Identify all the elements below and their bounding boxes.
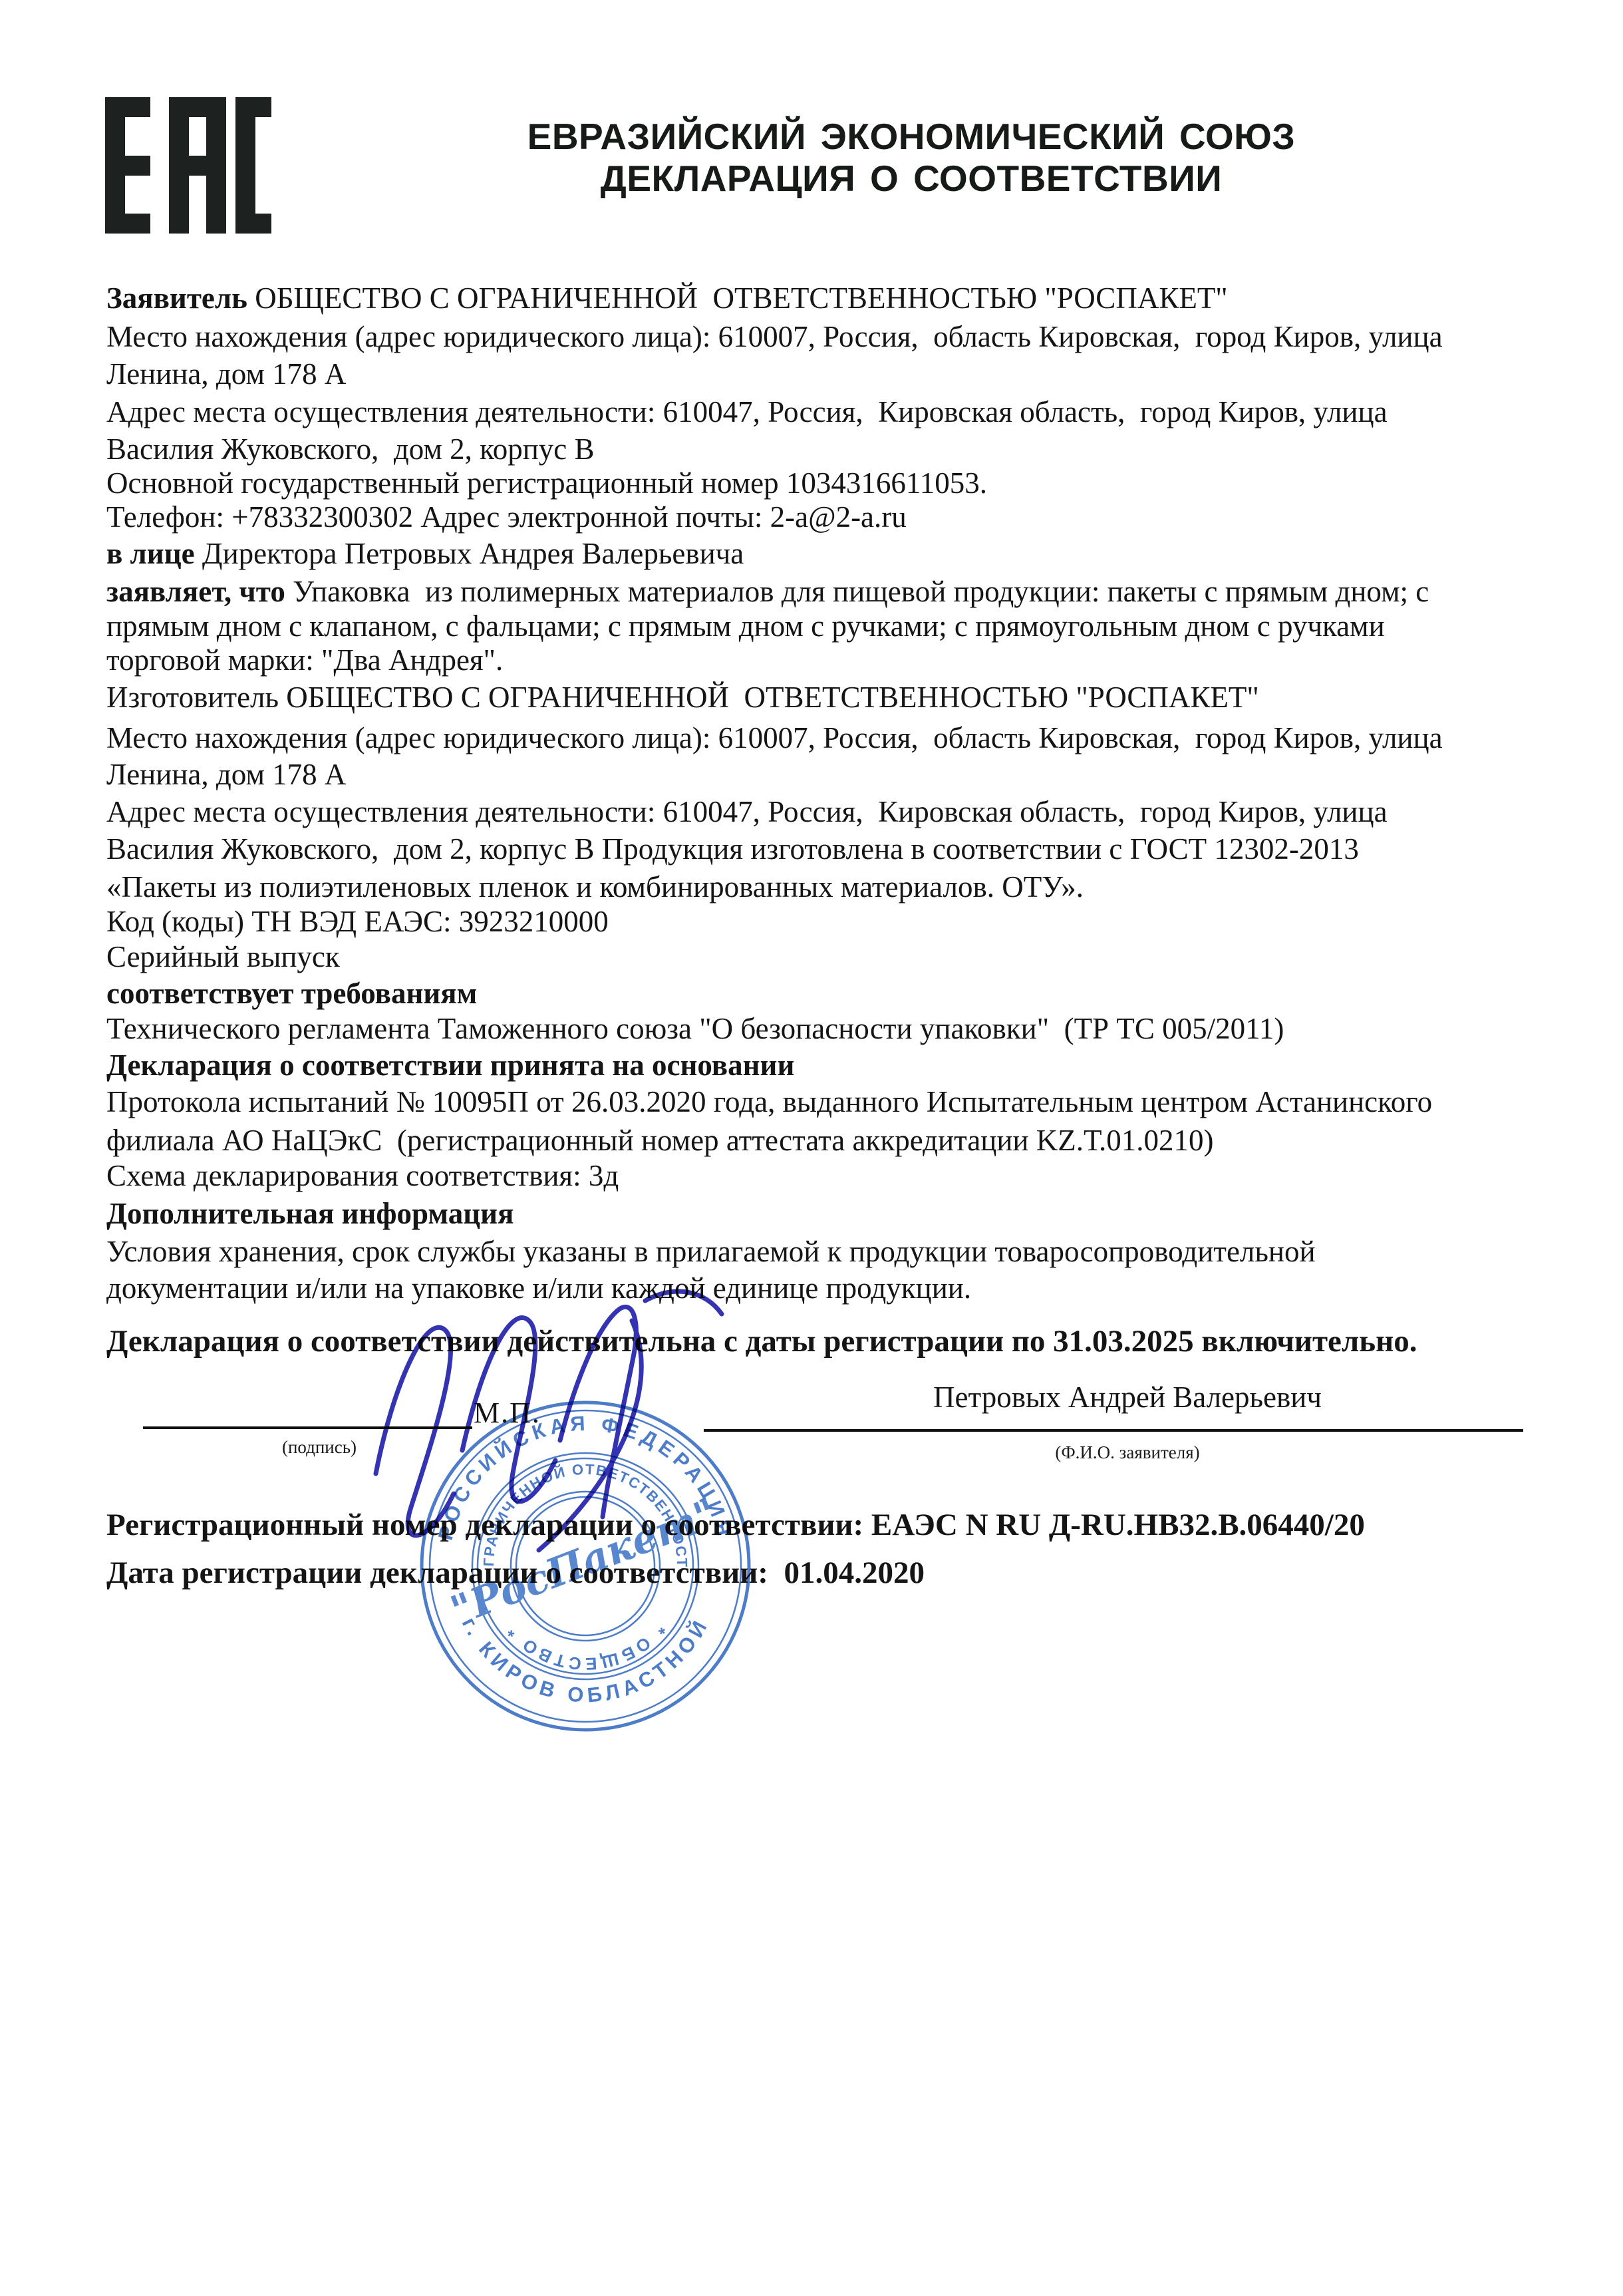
svg-text:* ОБЩЕСТВО *: * ОБЩЕСТВО * xyxy=(501,1620,670,1674)
title-line-declaration: ДЕКЛАРАЦИЯ О СООТВЕТСТВИИ xyxy=(426,158,1397,200)
doc-line: соответствует требованиям xyxy=(106,977,477,1010)
eac-logo xyxy=(105,97,271,234)
doc-line: Основной государственный регистрационный… xyxy=(106,466,987,500)
doc-line: в лице Директора Петровых Андрея Валерье… xyxy=(106,537,744,570)
doc-line: Код (коды) ТН ВЭД ЕАЭС: 3923210000 xyxy=(106,905,609,938)
declaration-document: ЕВРАЗИЙСКИЙ ЭКОНОМИЧЕСКИЙ СОЮЗ ДЕКЛАРАЦИ… xyxy=(0,0,1623,2296)
registration-date-line: Дата регистрации декларации о соответств… xyxy=(106,1556,925,1591)
doc-line: Ленина, дом 178 А xyxy=(106,758,346,791)
fio-rule xyxy=(704,1429,1523,1432)
doc-line: Условия хранения, срок службы указаны в … xyxy=(106,1235,1316,1268)
doc-line: документации и/или на упаковке и/или каж… xyxy=(106,1271,971,1305)
doc-line: Изготовитель ОБЩЕСТВО С ОГРАНИЧЕННОЙ ОТВ… xyxy=(106,681,1259,714)
doc-line: Заявитель ОБЩЕСТВО С ОГРАНИЧЕННОЙ ОТВЕТС… xyxy=(106,281,1228,315)
svg-text:г. КИРОВ ОБЛАСТНОЙ: г. КИРОВ ОБЛАСТНОЙ xyxy=(458,1613,714,1707)
title-line-union: ЕВРАЗИЙСКИЙ ЭКОНОМИЧЕСКИЙ СОЮЗ xyxy=(426,116,1397,158)
validity-line: Декларация о соответствии действительна … xyxy=(106,1324,1417,1359)
doc-line: Василия Жуковского, дом 2, корпус В xyxy=(106,432,595,466)
stamp-outer-bottom-text: г. КИРОВ ОБЛАСТНОЙ xyxy=(458,1613,714,1707)
doc-line: Протокола испытаний № 10095П от 26.03.20… xyxy=(106,1085,1432,1118)
doc-line: Ленина, дом 178 А xyxy=(106,357,346,391)
stamp-inner-bottom-text: * ОБЩЕСТВО * xyxy=(501,1620,670,1674)
signature-caption: (подпись) xyxy=(213,1437,426,1458)
doc-line: Адрес места осуществления деятельности: … xyxy=(106,795,1388,828)
doc-line: Дополнительная информация xyxy=(106,1197,514,1230)
applicant-name: Петровых Андрей Валерьевич xyxy=(745,1380,1510,1414)
doc-line: Адрес места осуществления деятельности: … xyxy=(106,395,1388,428)
doc-line: торговой марки: "Два Андрея". xyxy=(106,643,503,677)
fio-caption: (Ф.И.О. заявителя) xyxy=(745,1442,1510,1463)
document-title: ЕВРАЗИЙСКИЙ ЭКОНОМИЧЕСКИЙ СОЮЗ ДЕКЛАРАЦИ… xyxy=(426,116,1397,200)
doc-line: филиала АО НаЦЭкС (регистрационный номер… xyxy=(106,1124,1213,1157)
signature-rule xyxy=(143,1426,472,1429)
doc-line: прямым дном с клапаном, с фальцами; с пр… xyxy=(106,609,1385,643)
doc-line: «Пакеты из полиэтиленовых пленок и комби… xyxy=(106,870,1084,903)
doc-line: заявляет, что Упаковка из полимерных мат… xyxy=(106,575,1429,608)
mp-seal-mark: М.П. xyxy=(474,1396,541,1430)
doc-line: Василия Жуковского, дом 2, корпус В Прод… xyxy=(106,832,1359,866)
doc-line: Технического регламента Таможенного союз… xyxy=(106,1012,1284,1045)
doc-line: Схема декларирования соответствия: 3д xyxy=(106,1159,619,1192)
doc-line: Место нахождения (адрес юридического лиц… xyxy=(106,320,1443,353)
doc-line: Место нахождения (адрес юридического лиц… xyxy=(106,721,1443,754)
doc-line: Декларация о соответствии принята на осн… xyxy=(106,1049,794,1082)
doc-line: Телефон: +78332300302 Адрес электронной … xyxy=(106,500,907,534)
registration-number-line: Регистрационный номер декларации о соотв… xyxy=(106,1508,1365,1543)
doc-line: Серийный выпуск xyxy=(106,940,340,973)
